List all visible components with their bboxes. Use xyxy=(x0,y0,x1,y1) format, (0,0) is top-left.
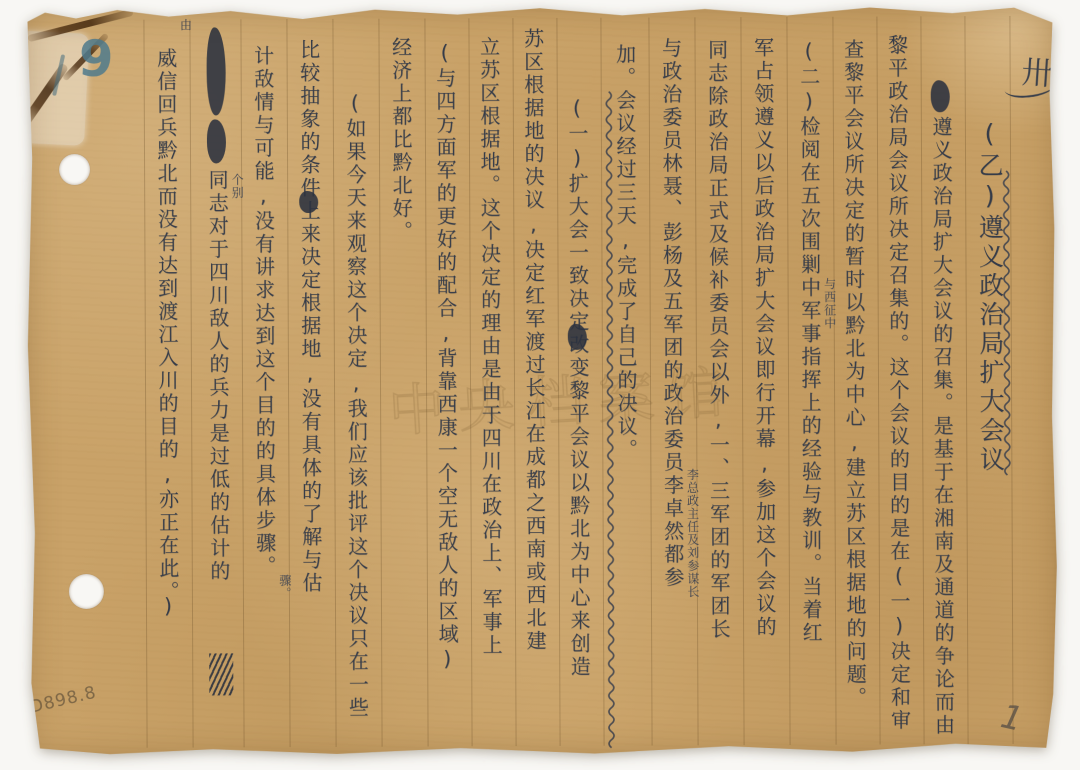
ink-blot-strikeout xyxy=(206,27,225,115)
text-column: 经济上都比黔北好。 xyxy=(388,37,413,244)
inserted-annotation: 由 xyxy=(178,19,192,32)
text-column: 苏区根据地的决议,决定红军渡过长江在成都之西南或西北建 xyxy=(520,28,547,653)
ruled-line xyxy=(189,20,193,748)
text-column: 比较抽象的条件上来决定根据地,没有具体的了解与估 xyxy=(297,39,323,595)
ruled-line xyxy=(512,18,516,746)
manuscript-page: 9 卅 中央档案馆 D898.8 1 (乙)遵义政治局扩大会议遵义政治局扩大会议… xyxy=(24,4,1058,758)
folio-mark: 卅 xyxy=(1020,47,1055,95)
text-column: 遵义政治局扩大会议的召集。是基于在湘南及通道的争论而由 xyxy=(929,116,956,737)
text-column: 加。会议经过三天,完成了自己的决议。 xyxy=(613,44,639,462)
ink-blot-strikeout xyxy=(568,324,587,350)
text-column: 黎平政治局会议所决定召集的。这个会议的目的是在(一)决定和审 xyxy=(884,34,911,732)
paper-shadow-wrap: 9 卅 中央档案馆 D898.8 1 (乙)遵义政治局扩大会议遵义政治局扩大会议… xyxy=(24,4,1058,758)
ink-blot-strikeout xyxy=(931,80,950,112)
text-column: 立苏区根据地。这个决定的理由是由于四川在政治上、军事上 xyxy=(476,36,503,657)
ruled-line xyxy=(786,17,790,745)
ruled-line xyxy=(740,17,744,745)
ruled-line xyxy=(876,17,880,745)
inserted-annotation: 个别 xyxy=(230,173,244,199)
ruled-line xyxy=(240,19,244,747)
ink-blot-strikeout xyxy=(299,191,318,213)
ink-blot-strikeout xyxy=(207,119,226,163)
ruled-line xyxy=(556,18,560,746)
ruled-line xyxy=(378,19,382,747)
archive-code-pencil: D898.8 xyxy=(28,683,99,718)
ruled-line xyxy=(694,17,698,745)
ruled-line xyxy=(286,19,290,747)
blue-pencil-number: 9 xyxy=(77,29,116,89)
text-column: (一)扩大会一致决定改变黎平会议以黔北为中心来创造 xyxy=(565,96,592,679)
inserted-annotation: 李总政主任及刘参谋长 xyxy=(685,468,700,598)
text-column: (与四方面军的更好的配合,背靠西康一个空无敌人的区域) xyxy=(433,40,460,673)
ruled-line xyxy=(964,16,968,744)
text-column: 同志除政治局正式及候补委员会以外,一、三军团的军团长 xyxy=(705,39,732,641)
ruled-line xyxy=(332,19,336,747)
text-column: (二)检阅在五次围剿中军事指挥上的经验与教训。当着红 xyxy=(797,39,824,645)
ruled-line xyxy=(143,20,147,748)
ruled-line xyxy=(920,16,924,744)
emphasis-wavy-line xyxy=(1002,171,1013,463)
text-column: 查黎平会议所决定的暂时以黔北为中心,建立苏区根据地的问题。 xyxy=(841,39,868,710)
text-column: 同志对于四川敌人的兵力是过低的估计的 xyxy=(205,169,231,583)
ruled-line xyxy=(468,18,472,746)
document-title-column: (乙)遵义政治局扩大会议 xyxy=(974,119,1006,475)
ruled-line xyxy=(832,17,836,745)
punch-hole xyxy=(59,154,90,185)
text-column: 威信回兵黔北而没有达到渡江入川的目的,亦正在此。) xyxy=(154,48,180,621)
ruled-line xyxy=(424,19,428,747)
text-column: 军占领遵义以后政治局扩大会议即行开幕,参加这个会议的 xyxy=(751,37,778,639)
text-column: 与政治委员林聂、彭杨及五军团的政治委员李卓然都参 xyxy=(659,37,685,589)
scanned-document: 9 卅 中央档案馆 D898.8 1 (乙)遵义政治局扩大会议遵义政治局扩大会议… xyxy=(0,0,1080,770)
scribble-strikeout xyxy=(209,653,233,695)
punch-hole xyxy=(69,574,104,609)
text-column: 计敌情与可能,没有讲求达到这个目的的具体步骤。 xyxy=(251,45,277,578)
ruled-line xyxy=(648,18,652,746)
inserted-annotation: 骤。 xyxy=(278,574,292,600)
inserted-annotation: 与西征中 xyxy=(823,278,837,330)
text-column: (如果今天来观察这个决定,我们应该批评这个决议只在一些 xyxy=(343,91,370,720)
